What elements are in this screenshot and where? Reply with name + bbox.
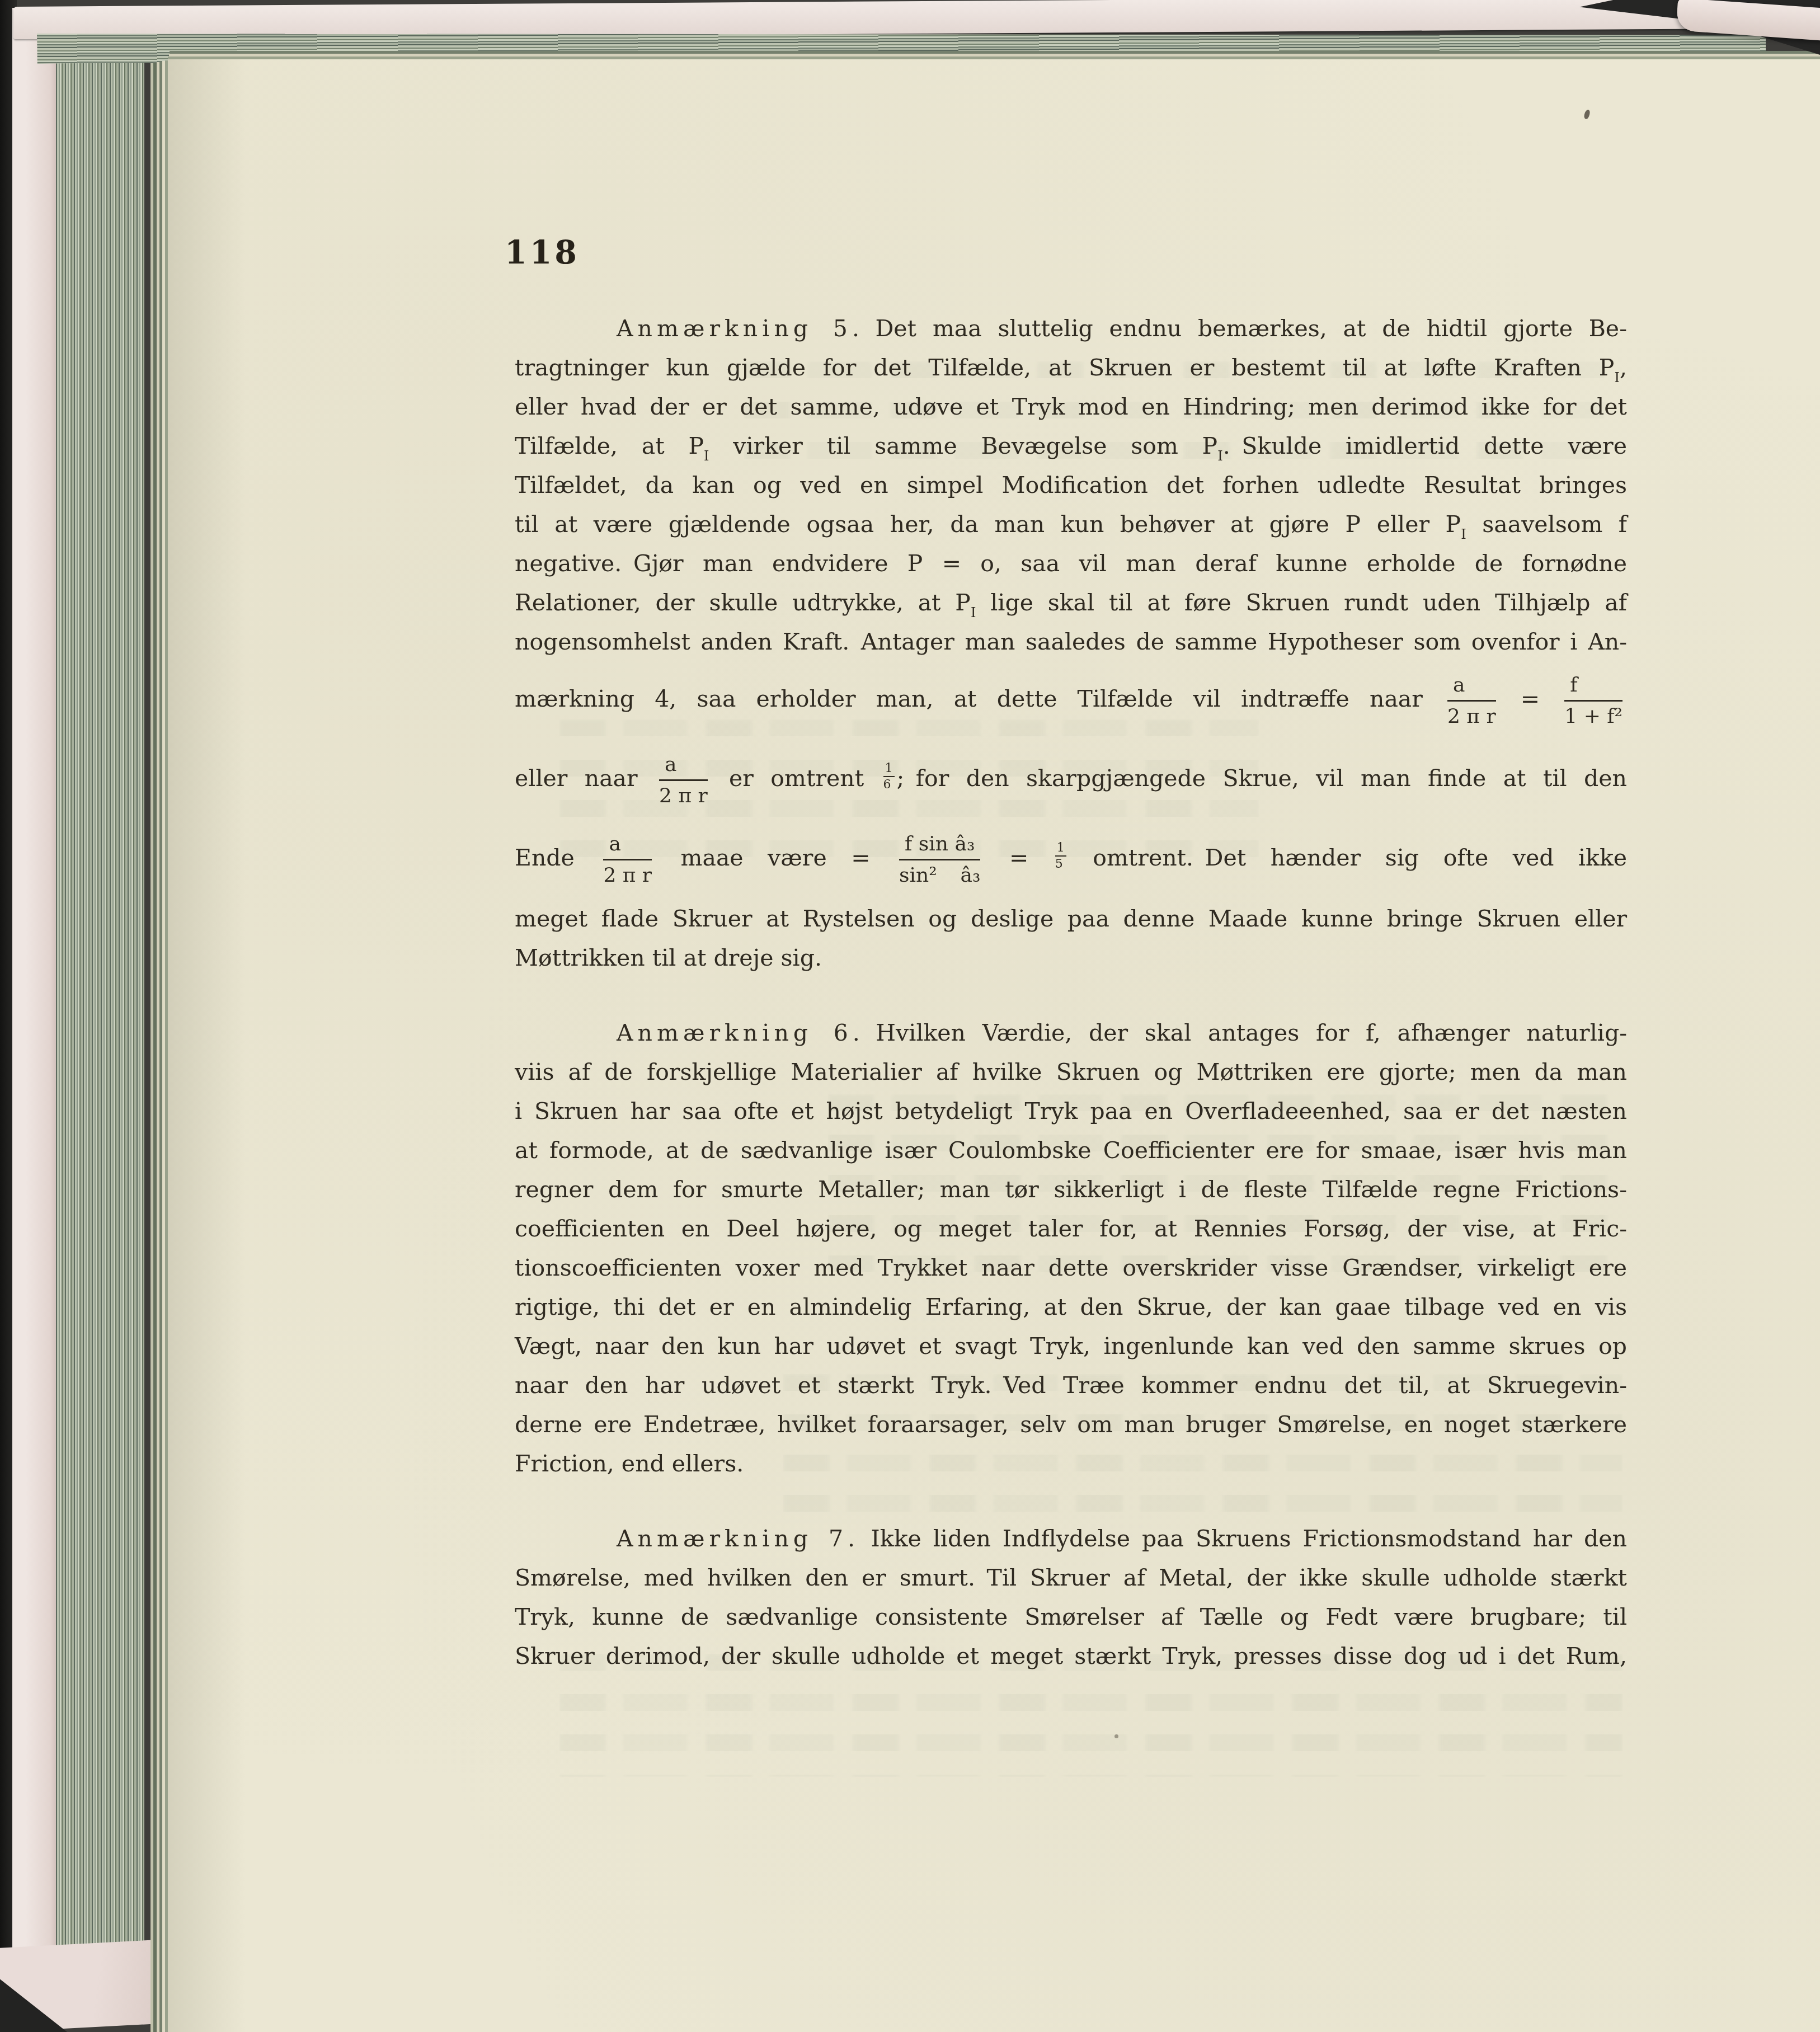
subscript: I (704, 448, 709, 464)
math-fraction: 15 (1055, 841, 1066, 871)
text-line: rigtige, thi det er en almindelig Erfari… (515, 1287, 1627, 1327)
text-line: eller naar a2 π r er omtrent 16; for den… (515, 741, 1627, 820)
page-number: 118 (505, 234, 580, 271)
text-block: Anmærkning 5. Det maa sluttelig endnu be… (515, 309, 1627, 1676)
text-line: Anmærkning 5. Det maa sluttelig endnu be… (515, 309, 1627, 348)
text-line: tragtninger kun gjælde for det Tilfælde,… (515, 348, 1627, 387)
text-line: Anmærkning 7. Ikke liden Indflydelse paa… (515, 1519, 1627, 1558)
text-line: meget flade Skruer at Rystelsen og desli… (515, 899, 1627, 938)
text-line: coefficienten en Deel højere, og meget t… (515, 1209, 1627, 1248)
math-fraction: a2 π r (1447, 674, 1496, 728)
scan-background: { "page": { "number": "118" }, "content"… (0, 0, 1820, 2032)
text-line: nogensomhelst anden Kraft. Antager man s… (515, 622, 1627, 661)
text-line: regner dem for smurte Metaller; man tør … (515, 1170, 1627, 1209)
paragraph-anmaerkning-6: Anmærkning 6. Hvilken Værdie, der skal a… (515, 1013, 1627, 1483)
math-fraction: 16 (883, 762, 895, 791)
text-line: Tryk, kunne de sædvanlige consistente Sm… (515, 1597, 1627, 1636)
text-line: derne ere Endetræe, hvilket foraarsager,… (515, 1405, 1627, 1444)
text-line: tionscoefficienten voxer med Trykket naa… (515, 1248, 1627, 1287)
remark-heading: Anmærkning 6. (617, 1019, 864, 1046)
ink-speck (1583, 109, 1590, 119)
book-page: 118 Anmærkning 5. Det maa sluttelig endn… (168, 59, 1820, 2032)
text-line: Møttrikken til at dreje sig. (515, 938, 1627, 977)
text-line: Relationer, der skulle udtrykke, at PI l… (515, 583, 1627, 622)
math-fraction: a2 π r (659, 753, 708, 808)
subscript: I (971, 605, 976, 620)
math-fraction: a2 π r (603, 832, 652, 887)
remark-heading: Anmærkning 7. (617, 1525, 859, 1552)
book-cover-edge-top (13, 0, 1776, 39)
remark-heading: Anmærkning 5. (617, 315, 864, 342)
text-line: naar den har udøvet et stærkt Tryk. Ved … (515, 1366, 1627, 1405)
text-line: i Skruen har saa ofte et højst betydelig… (515, 1092, 1627, 1131)
subscript: I (1461, 526, 1466, 542)
paragraph-anmaerkning-7: Anmærkning 7. Ikke liden Indflydelse paa… (515, 1519, 1627, 1676)
binding-shadow (168, 59, 246, 2032)
subscript: I (1614, 370, 1619, 385)
text-line: Tilfælde, at PI virker til samme Bevægel… (515, 426, 1627, 465)
paragraph-anmaerkning-5: Anmærkning 5. Det maa sluttelig endnu be… (515, 309, 1627, 977)
text-line: Vægt, naar den kun har udøvet et svagt T… (515, 1327, 1627, 1366)
text-line: viis af de forskjellige Materialier af h… (515, 1052, 1627, 1092)
page-stack-edge-left (56, 35, 144, 2026)
paper-speck (1114, 1734, 1118, 1738)
text-line: Tilfældet, da kan og ved en simpel Modif… (515, 465, 1627, 505)
text-line: eller hvad der er det samme, udøve et Tr… (515, 387, 1627, 426)
text-line: at formode, at de sædvanlige især Coulom… (515, 1131, 1627, 1170)
text-line: Smørelse, med hvilken den er smurt. Til … (515, 1558, 1627, 1597)
text-line: negative. Gjør man endvidere P = o, saa … (515, 544, 1627, 583)
text-line: mærkning 4, saa erholder man, at dette T… (515, 661, 1627, 741)
math-fraction: f sin â₃sin² â₃ (899, 832, 980, 887)
text-line: Anmærkning 6. Hvilken Værdie, der skal a… (515, 1013, 1627, 1052)
text-line: Friction, end ellers. (515, 1444, 1627, 1483)
subscript: I (1217, 448, 1222, 464)
text-line: til at være gjældende ogsaa her, da man … (515, 505, 1627, 544)
text-line: Skruer derimod, der skulle udholde et me… (515, 1636, 1627, 1676)
math-fraction: f1 + f² (1564, 674, 1623, 728)
text-line: Ende a2 π r maae være = f sin â₃sin² â₃ … (515, 820, 1627, 900)
book-cover-edge-left (12, 8, 57, 2032)
